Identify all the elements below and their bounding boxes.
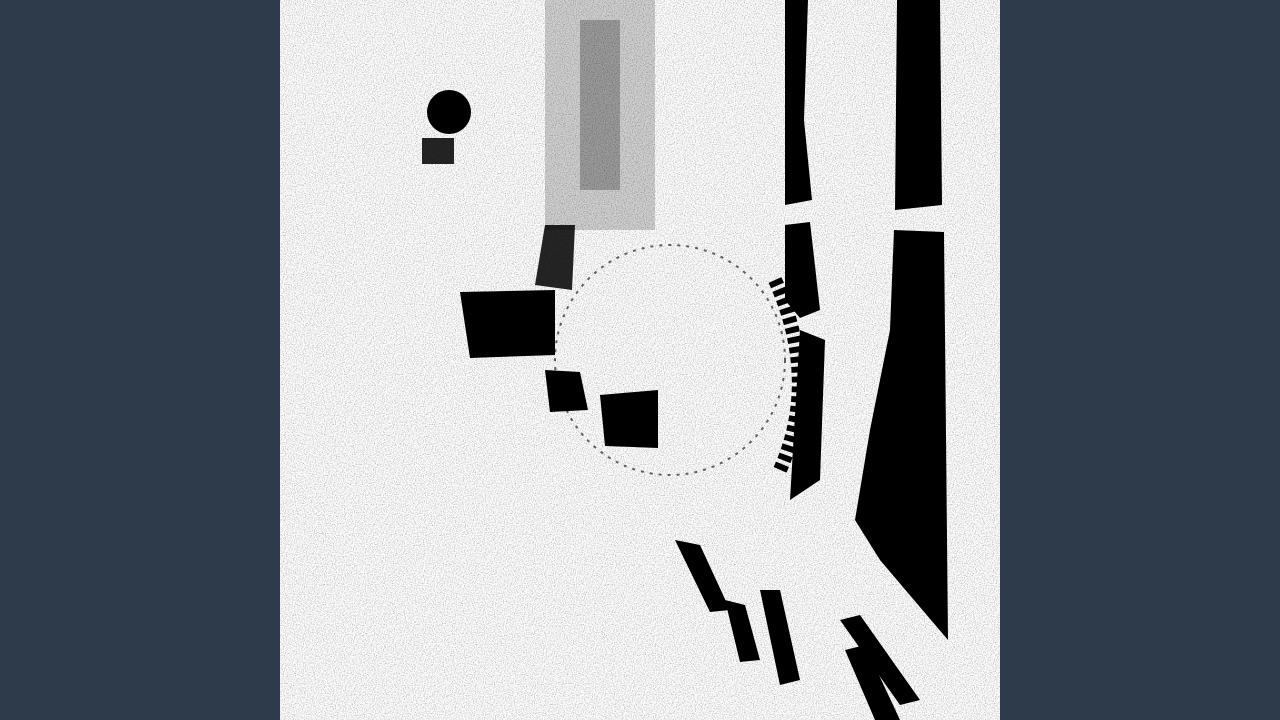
artwork-graphic	[280, 0, 1000, 720]
album-artwork	[280, 0, 1000, 720]
